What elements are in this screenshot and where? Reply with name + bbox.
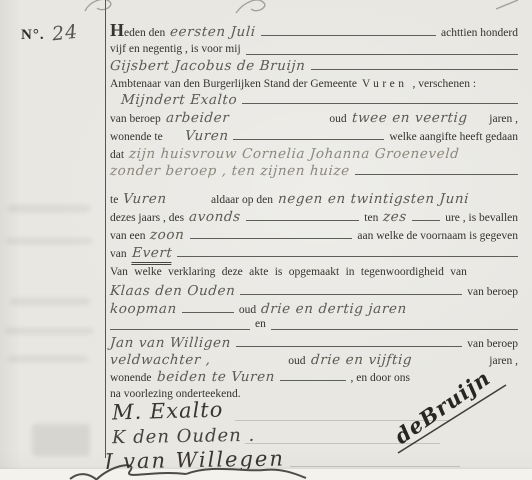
scan-edge-strip [0, 469, 532, 480]
printed-text: oud [329, 113, 346, 125]
act-line-14: Van welke verklaring deze akte is opgema… [110, 266, 518, 281]
fill-rule-line [182, 311, 234, 313]
printed-text: te [110, 194, 118, 206]
signature-declarant: M. Exalto [112, 398, 224, 425]
fill-rule-line [190, 237, 352, 239]
act-line-9: zonder beroep , ten zijnen huize [110, 163, 518, 178]
drop-cap: H [110, 20, 124, 40]
act-number-value: 24 [51, 21, 79, 46]
printed-text: Ambtenaar van den Burgerlijken Stand der… [110, 78, 357, 90]
act-line-4: Ambtenaar van den Burgerlijken Stand der… [110, 78, 518, 93]
margin-rule-line [105, 0, 106, 458]
fill-rule-line [311, 68, 518, 70]
printed-text: en [255, 318, 266, 330]
printed-text: Heden den [110, 25, 165, 39]
act-line-1: Heden deneersten Juliachttien honderd [110, 24, 518, 39]
fill-rule-line [236, 345, 462, 347]
handwritten-entry: drie en vijftig [310, 352, 412, 368]
handwritten-entry: Vuren [184, 128, 229, 144]
signature-witness-1: K den Ouden . [112, 425, 256, 448]
printed-text: Vuren [362, 78, 408, 90]
act-line-17: en [110, 318, 518, 333]
bleedthrough-smudge [5, 328, 93, 334]
act-line-2: vijf en negentig , is voor mij [110, 43, 518, 58]
handwritten-entry: Jan van Willigen [109, 335, 231, 351]
pencil-line [245, 443, 440, 444]
fill-rule-line [261, 34, 436, 36]
handwritten-entry: twee en veertig [351, 110, 468, 126]
printed-text: van een [110, 230, 145, 242]
act-line-11: dezes jaars , desavondstenzesure , is be… [110, 209, 518, 224]
act-line-6: van beroeparbeideroudtwee en veertigjare… [110, 110, 518, 125]
handwritten-entry: drie en dertig jaren [261, 301, 519, 317]
bleedthrough-smudge [8, 356, 88, 362]
handwritten-entry: Evert [131, 245, 173, 265]
printed-text: ure , is bevallen [445, 212, 518, 224]
act-line-8: datzijn huisvrouw Cornelia Johanna Groen… [110, 146, 518, 161]
printed-text: jaren , [489, 355, 518, 367]
act-number-label: N°. [21, 27, 45, 43]
printed-text: dezes jaars , des [110, 212, 184, 224]
fill-rule-line [246, 53, 518, 55]
fill-rule-line [240, 293, 462, 295]
printed-text: dat [110, 149, 124, 161]
act-line-18: Jan van Willigenvan beroep [110, 335, 518, 350]
printed-text: van [110, 248, 127, 260]
pencil-line [290, 466, 460, 467]
fill-rule-line [177, 255, 518, 257]
act-line-16: koopmanouddrie en dertig jaren [110, 301, 518, 316]
printed-text: , en door ons [351, 372, 410, 384]
fill-rule-line [280, 379, 346, 381]
fill-rule-line [355, 173, 518, 175]
act-line-13: vanEvert [110, 245, 518, 260]
printed-text: aan welke de voornaam is gegeven [357, 230, 518, 242]
handwritten-entry: avonds [189, 209, 242, 225]
printed-text: jaren , [489, 113, 518, 125]
fill-rule-line [233, 138, 384, 140]
printed-text: aldaar op den [211, 194, 273, 206]
fill-rule-line [412, 219, 440, 221]
handwritten-entry: zoon [150, 227, 186, 243]
handwritten-entry: beiden te Vuren [156, 369, 275, 385]
fill-rule-line [242, 102, 518, 104]
handwritten-entry: zijn huisvrouw Cornelia Johanna Groeneve… [129, 146, 519, 162]
printed-text: ten [364, 212, 378, 224]
act-line-12: van eenzoonaan welke de voornaam is gege… [110, 227, 518, 242]
handwritten-entry: arbeider [165, 110, 229, 126]
printed-text: wonende [110, 372, 152, 384]
handwritten-entry: Klaas den Ouden [109, 283, 236, 299]
bleedthrough-smudge [10, 298, 90, 305]
handwritten-entry: zes [383, 209, 408, 225]
birth-certificate-scan: N°.24 Heden deneersten Juliachttien hond… [0, 0, 532, 480]
pencil-line [235, 420, 450, 421]
printed-text: vijf en negentig , is voor mij [110, 43, 241, 55]
act-line-7: wonende teVurenwelke aangifte heeft geda… [110, 128, 518, 143]
handwritten-entry: eersten Juli [170, 24, 257, 40]
handwritten-entry: negen en twintigsten Juni [277, 191, 518, 207]
fill-rule-line [246, 219, 360, 221]
printed-text: welke aangifte heeft gedaan [389, 131, 518, 143]
printed-text: oud [288, 355, 305, 367]
bleedthrough-smudge [8, 205, 90, 212]
handwritten-entry: zonder beroep , ten zijnen huize [109, 163, 350, 179]
printed-text: wonende te [110, 131, 163, 143]
printed-text: van beroep [467, 286, 518, 298]
act-line-15: Klaas den Oudenvan beroep [110, 283, 518, 298]
printed-text: , verschenen : [413, 78, 477, 90]
handwritten-entry: Vuren [123, 191, 168, 207]
fill-rule-line [271, 328, 518, 330]
handwritten-entry: Mijndert Exalto [120, 92, 237, 108]
act-line-5: Mijndert Exalto [110, 92, 518, 107]
printed-text: van beroep [110, 113, 161, 125]
act-number: N°.24 [21, 22, 78, 44]
act-line-19: veldwachter ,ouddrie en vijftigjaren , [110, 352, 518, 367]
printed-text: oud [239, 304, 256, 316]
handwritten-entry: koopman [109, 301, 177, 317]
act-line-3: Gijsbert Jacobus de Bruijn [110, 58, 518, 73]
fill-rule-line [110, 328, 250, 330]
printed-text: achttien honderd [441, 27, 518, 39]
act-line-10: teVurenaldaar op dennegen en twintigsten… [110, 191, 518, 206]
handwritten-entry: veldwachter , [109, 352, 211, 368]
bleedthrough-smudge [6, 238, 92, 244]
printed-text: van beroep [467, 338, 518, 350]
printed-text: Van welke verklaring deze akte is opgema… [110, 266, 467, 278]
bleedthrough-smudge [32, 424, 90, 456]
handwritten-entry: Gijsbert Jacobus de Bruijn [109, 58, 306, 74]
